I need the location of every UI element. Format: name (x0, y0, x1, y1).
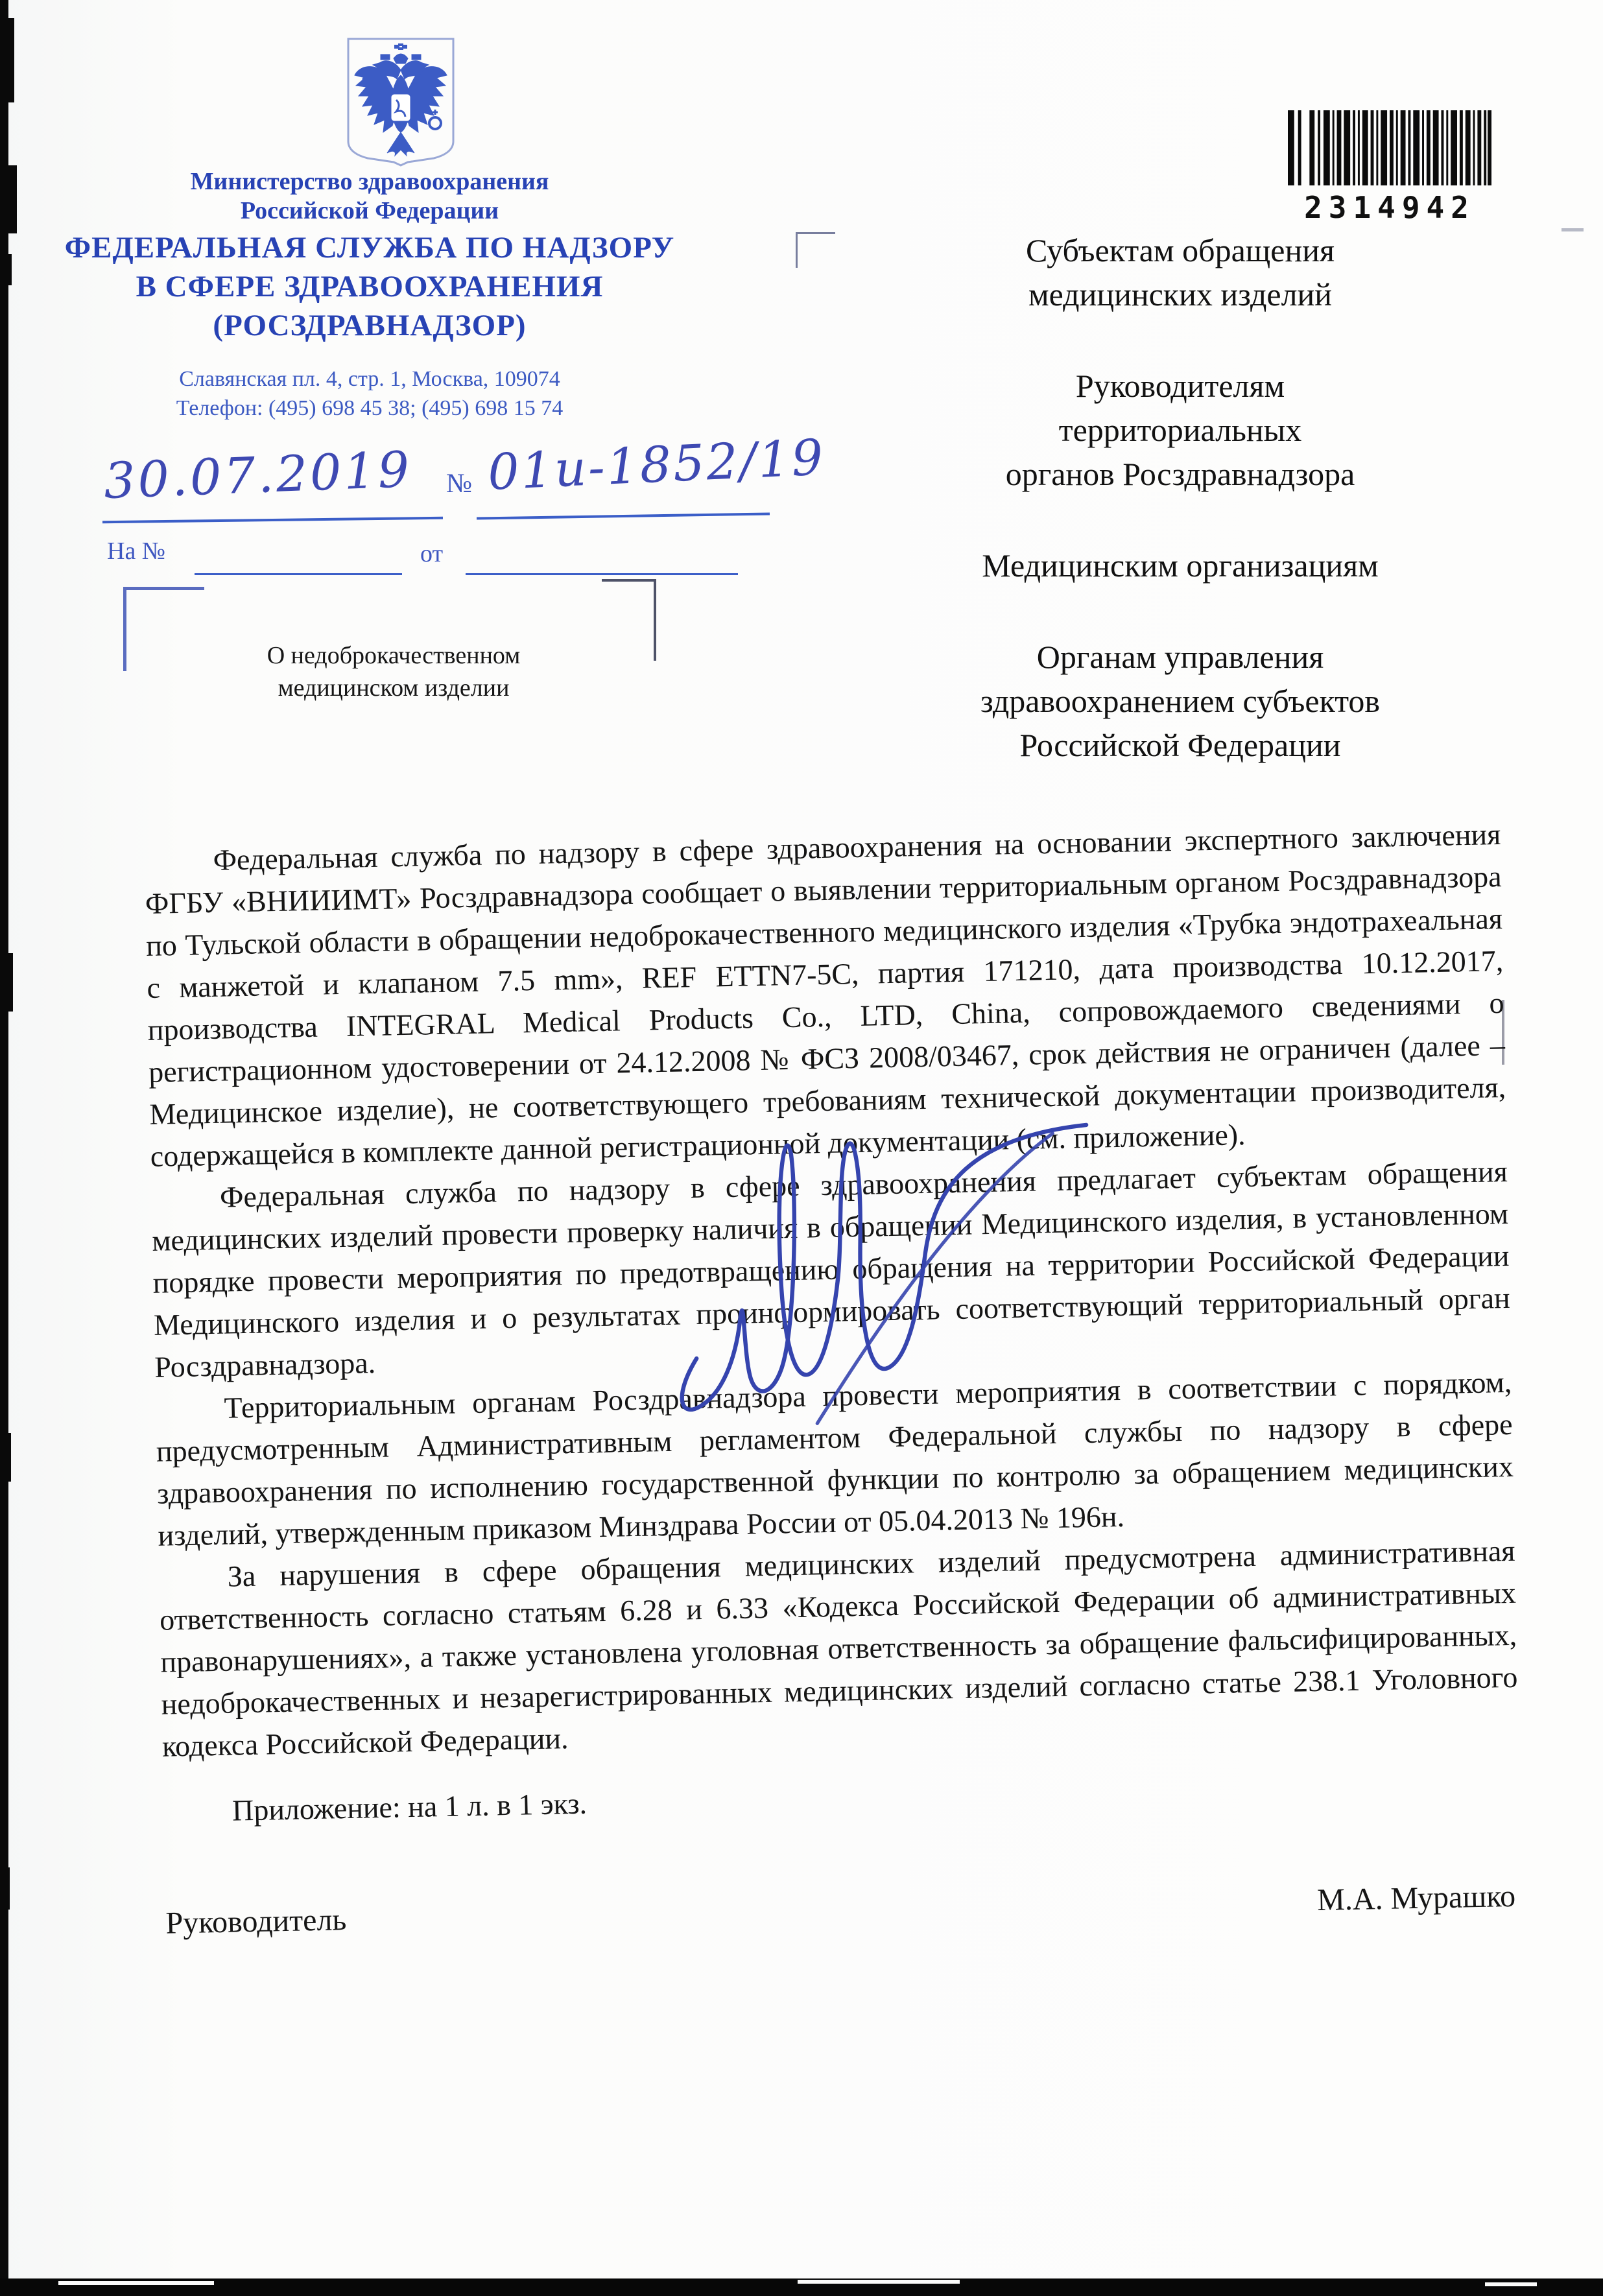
scan-notch (58, 2281, 214, 2285)
service-line: ФЕДЕРАЛЬНАЯ СЛУЖБА ПО НАДЗОРУ (58, 228, 681, 267)
postal-address: Славянская пл. 4, стр. 1, Москва, 109074 (78, 364, 661, 394)
signer-name: М.А. Мурашко (1317, 1878, 1516, 1918)
scan-blob (0, 1867, 10, 1910)
recipient-line: Субъектам обращения (926, 228, 1434, 272)
ref-number-underline (195, 573, 402, 575)
corner-mark (796, 232, 835, 268)
ministry-name: Министерство здравоохранения Российской … (78, 167, 661, 226)
barcode-bars-icon (1288, 110, 1491, 185)
handwritten-doc-number: 01и-1852/19 (486, 428, 826, 501)
scan-blob (0, 254, 12, 285)
date-underline (102, 517, 443, 523)
recipient-line: Российской Федерации (926, 723, 1434, 767)
scan-blob (0, 165, 17, 233)
handwritten-date: 30.07.2019 (102, 440, 412, 510)
scanned-letter-page: Министерство здравоохранения Российской … (0, 0, 1603, 2296)
service-name: ФЕДЕРАЛЬНАЯ СЛУЖБА ПО НАДЗОРУ В СФЕРЕ ЗД… (58, 228, 681, 345)
service-line: (РОСЗДРАВНАДЗОР) (58, 306, 681, 345)
scan-notch (798, 2280, 960, 2284)
recipient-group: Медицинским организациям (926, 543, 1434, 587)
recipient-line: Руководителям (926, 364, 1434, 408)
recipient-line: Медицинским организациям (926, 543, 1434, 587)
scan-blob (0, 1433, 11, 1482)
signature-row: Руководитель М.А. Мурашко (165, 1878, 1523, 1941)
body-paragraph: Федеральная служба по надзору в сфере зд… (150, 1150, 1511, 1388)
phone-numbers: Телефон: (495) 698 45 38; (495) 698 15 7… (78, 394, 661, 423)
barcode: 2314942 (1288, 110, 1491, 225)
ref-from-label: от (420, 539, 443, 568)
body-paragraph: Федеральная служба по надзору в сфере зд… (144, 813, 1507, 1178)
attachment-note: Приложение: на 1 л. в 1 экз. (163, 1768, 1521, 1829)
number-sign: № (446, 468, 472, 499)
recipient-group: Органам управления здравоохранением субъ… (926, 635, 1434, 767)
scan-artifact-smudge (1561, 228, 1584, 231)
contact-block: Славянская пл. 4, стр. 1, Москва, 109074… (78, 364, 661, 423)
recipient-group: Субъектам обращения медицинских изделий (926, 228, 1434, 316)
ref-number-label: На № (107, 537, 165, 565)
service-line: В СФЕРЕ ЗДРАВООХРАНЕНИЯ (58, 267, 681, 306)
body-paragraph: За нарушения в сфере обращения медицинск… (158, 1530, 1519, 1768)
recipient-line: Органам управления (926, 635, 1434, 679)
scan-blob (0, 18, 14, 102)
ref-from-underline (466, 573, 738, 575)
signer-position: Руководитель (165, 1902, 347, 1941)
recipient-line: здравоохранением субъектов (926, 679, 1434, 723)
double-headed-eagle-icon (344, 36, 457, 167)
body-paragraph: Территориальным органам Росздравнадзора … (155, 1361, 1515, 1557)
scan-edge-bottom (0, 2278, 1603, 2296)
corner-mark (123, 587, 204, 671)
barcode-number: 2314942 (1288, 190, 1491, 225)
corner-mark (602, 579, 656, 661)
letter-subject: О недоброкачественном медицинском издели… (241, 639, 546, 704)
scan-blob (0, 953, 13, 1012)
recipient-line: медицинских изделий (926, 272, 1434, 316)
ministry-line: Российской Федерации (78, 196, 661, 226)
scan-notch (1485, 2282, 1537, 2286)
coat-of-arms-emblem (344, 36, 457, 167)
recipient-group: Руководителям территориальных органов Ро… (926, 364, 1434, 496)
subject-line: О недоброкачественном (241, 639, 546, 672)
letter-body: Федеральная служба по надзору в сфере зд… (144, 813, 1523, 1941)
ministry-line: Министерство здравоохранения (78, 167, 661, 196)
number-underline (477, 512, 770, 519)
scan-edge-left (0, 0, 8, 2296)
recipient-line: органов Росздравнадзора (926, 452, 1434, 496)
recipients-block: Субъектам обращения медицинских изделий … (926, 228, 1434, 814)
recipient-line: территориальных (926, 408, 1434, 452)
subject-line: медицинском изделии (241, 672, 546, 704)
